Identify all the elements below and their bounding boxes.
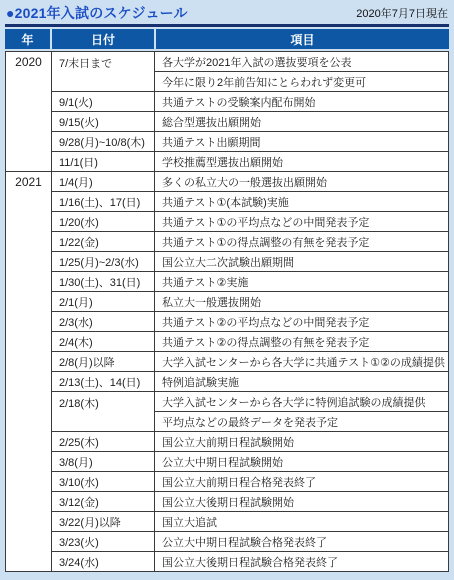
- date-cell: 1/4(月): [52, 172, 154, 191]
- date-cell: 7/末日まで: [52, 52, 154, 91]
- item-cell: 共通テスト②の平均点などの中間発表予定: [155, 312, 448, 331]
- date-cell: 3/10(水): [52, 472, 154, 491]
- item-cell: 国公立大前期日程試験開始: [155, 432, 448, 451]
- date-cell: 2/25(木): [52, 432, 154, 451]
- date-cell: 3/12(金): [52, 492, 154, 511]
- date-cell: 1/30(土)、31(日): [52, 272, 154, 291]
- date-cell: 1/25(月)~2/3(水): [52, 252, 154, 271]
- item-cell: 共通テスト②実施: [155, 272, 448, 291]
- title-underline-rule: [5, 24, 449, 27]
- page: ●2021年入試のスケジュール 2020年7月7日現在 年 日付 項目 2020…: [0, 0, 454, 580]
- item-cell: 共通テスト出願期間: [155, 132, 448, 151]
- item-cell: 特例追試験実施: [155, 372, 448, 391]
- item-cell: 公立大中期日程試験合格発表終了: [155, 532, 448, 551]
- date-cell: 11/1(日): [52, 152, 154, 171]
- item-cell: 共通テスト①(本試験)実施: [155, 192, 448, 211]
- item-cell: 国公立大後期日程試験合格発表終了: [155, 552, 448, 571]
- item-cell: 学校推薦型選抜出願開始: [155, 152, 448, 171]
- schedule-table: 年 日付 項目 20207/末日まで各大学が2021年入試の選抜要項を公表今年に…: [5, 29, 449, 572]
- item-cell: 私立大一般選抜開始: [155, 292, 448, 311]
- date-cell: 3/22(月)以降: [52, 512, 154, 531]
- item-cell: 共通テスト②の得点調整の有無を発表予定: [155, 332, 448, 351]
- date-cell: 2/3(水): [52, 312, 154, 331]
- date-cell: 3/23(火): [52, 532, 154, 551]
- date-cell: 3/8(月): [52, 452, 154, 471]
- item-cell: 国公立大二次試験出願期間: [155, 252, 448, 271]
- item-cell: 国公立大前期日程合格発表終了: [155, 472, 448, 491]
- date-cell: 9/1(火): [52, 92, 154, 111]
- column-header-date: 日付: [52, 29, 154, 49]
- year-cell: 2021: [6, 172, 51, 571]
- date-cell: 3/24(水): [52, 552, 154, 571]
- date-cell: 1/22(金): [52, 232, 154, 251]
- item-cell: 大学入試センターから各大学に共通テスト①②の成績提供: [155, 352, 448, 371]
- date-cell: 1/16(土)、17(日): [52, 192, 154, 211]
- item-cell: 多くの私立大の一般選抜出願開始: [155, 172, 448, 191]
- item-cell: 公立大中期日程試験開始: [155, 452, 448, 471]
- date-cell: 2/4(木): [52, 332, 154, 351]
- year-cell: 2020: [6, 52, 51, 171]
- column-header-year: 年: [5, 29, 50, 49]
- page-header: ●2021年入試のスケジュール 2020年7月7日現在: [6, 4, 448, 22]
- item-cell: 共通テスト①の得点調整の有無を発表予定: [155, 232, 448, 251]
- item-cell: 共通テストの受験案内配布開始: [155, 92, 448, 111]
- item-cell: 今年に限り2年前告知にとらわれず変更可: [155, 72, 448, 91]
- item-cell: 共通テスト①の平均点などの中間発表予定: [155, 212, 448, 231]
- date-cell: 2/1(月): [52, 292, 154, 311]
- date-cell: 2/13(土)、14(日): [52, 372, 154, 391]
- item-cell: 総合型選抜出願開始: [155, 112, 448, 131]
- item-cell: 大学入試センターから各大学に特例追試験の成績提供: [155, 392, 448, 411]
- date-cell: 2/8(月)以降: [52, 352, 154, 371]
- item-cell: 国公立大後期日程試験開始: [155, 492, 448, 511]
- date-cell: 1/20(水): [52, 212, 154, 231]
- item-cell: 各大学が2021年入試の選抜要項を公表: [155, 52, 448, 71]
- as-of-date: 2020年7月7日現在: [356, 6, 448, 22]
- item-cell: 国立大追試: [155, 512, 448, 531]
- date-cell: 2/18(木): [52, 392, 154, 431]
- date-cell: 9/15(火): [52, 112, 154, 131]
- table-header-row: 年 日付 項目: [5, 29, 449, 49]
- item-cell: 平均点などの最終データを発表予定: [155, 412, 448, 431]
- table-body: 20207/末日まで各大学が2021年入試の選抜要項を公表今年に限り2年前告知に…: [5, 51, 449, 572]
- page-title: ●2021年入試のスケジュール: [6, 4, 188, 22]
- date-cell: 9/28(月)~10/8(木): [52, 132, 154, 151]
- column-header-item: 項目: [156, 29, 449, 49]
